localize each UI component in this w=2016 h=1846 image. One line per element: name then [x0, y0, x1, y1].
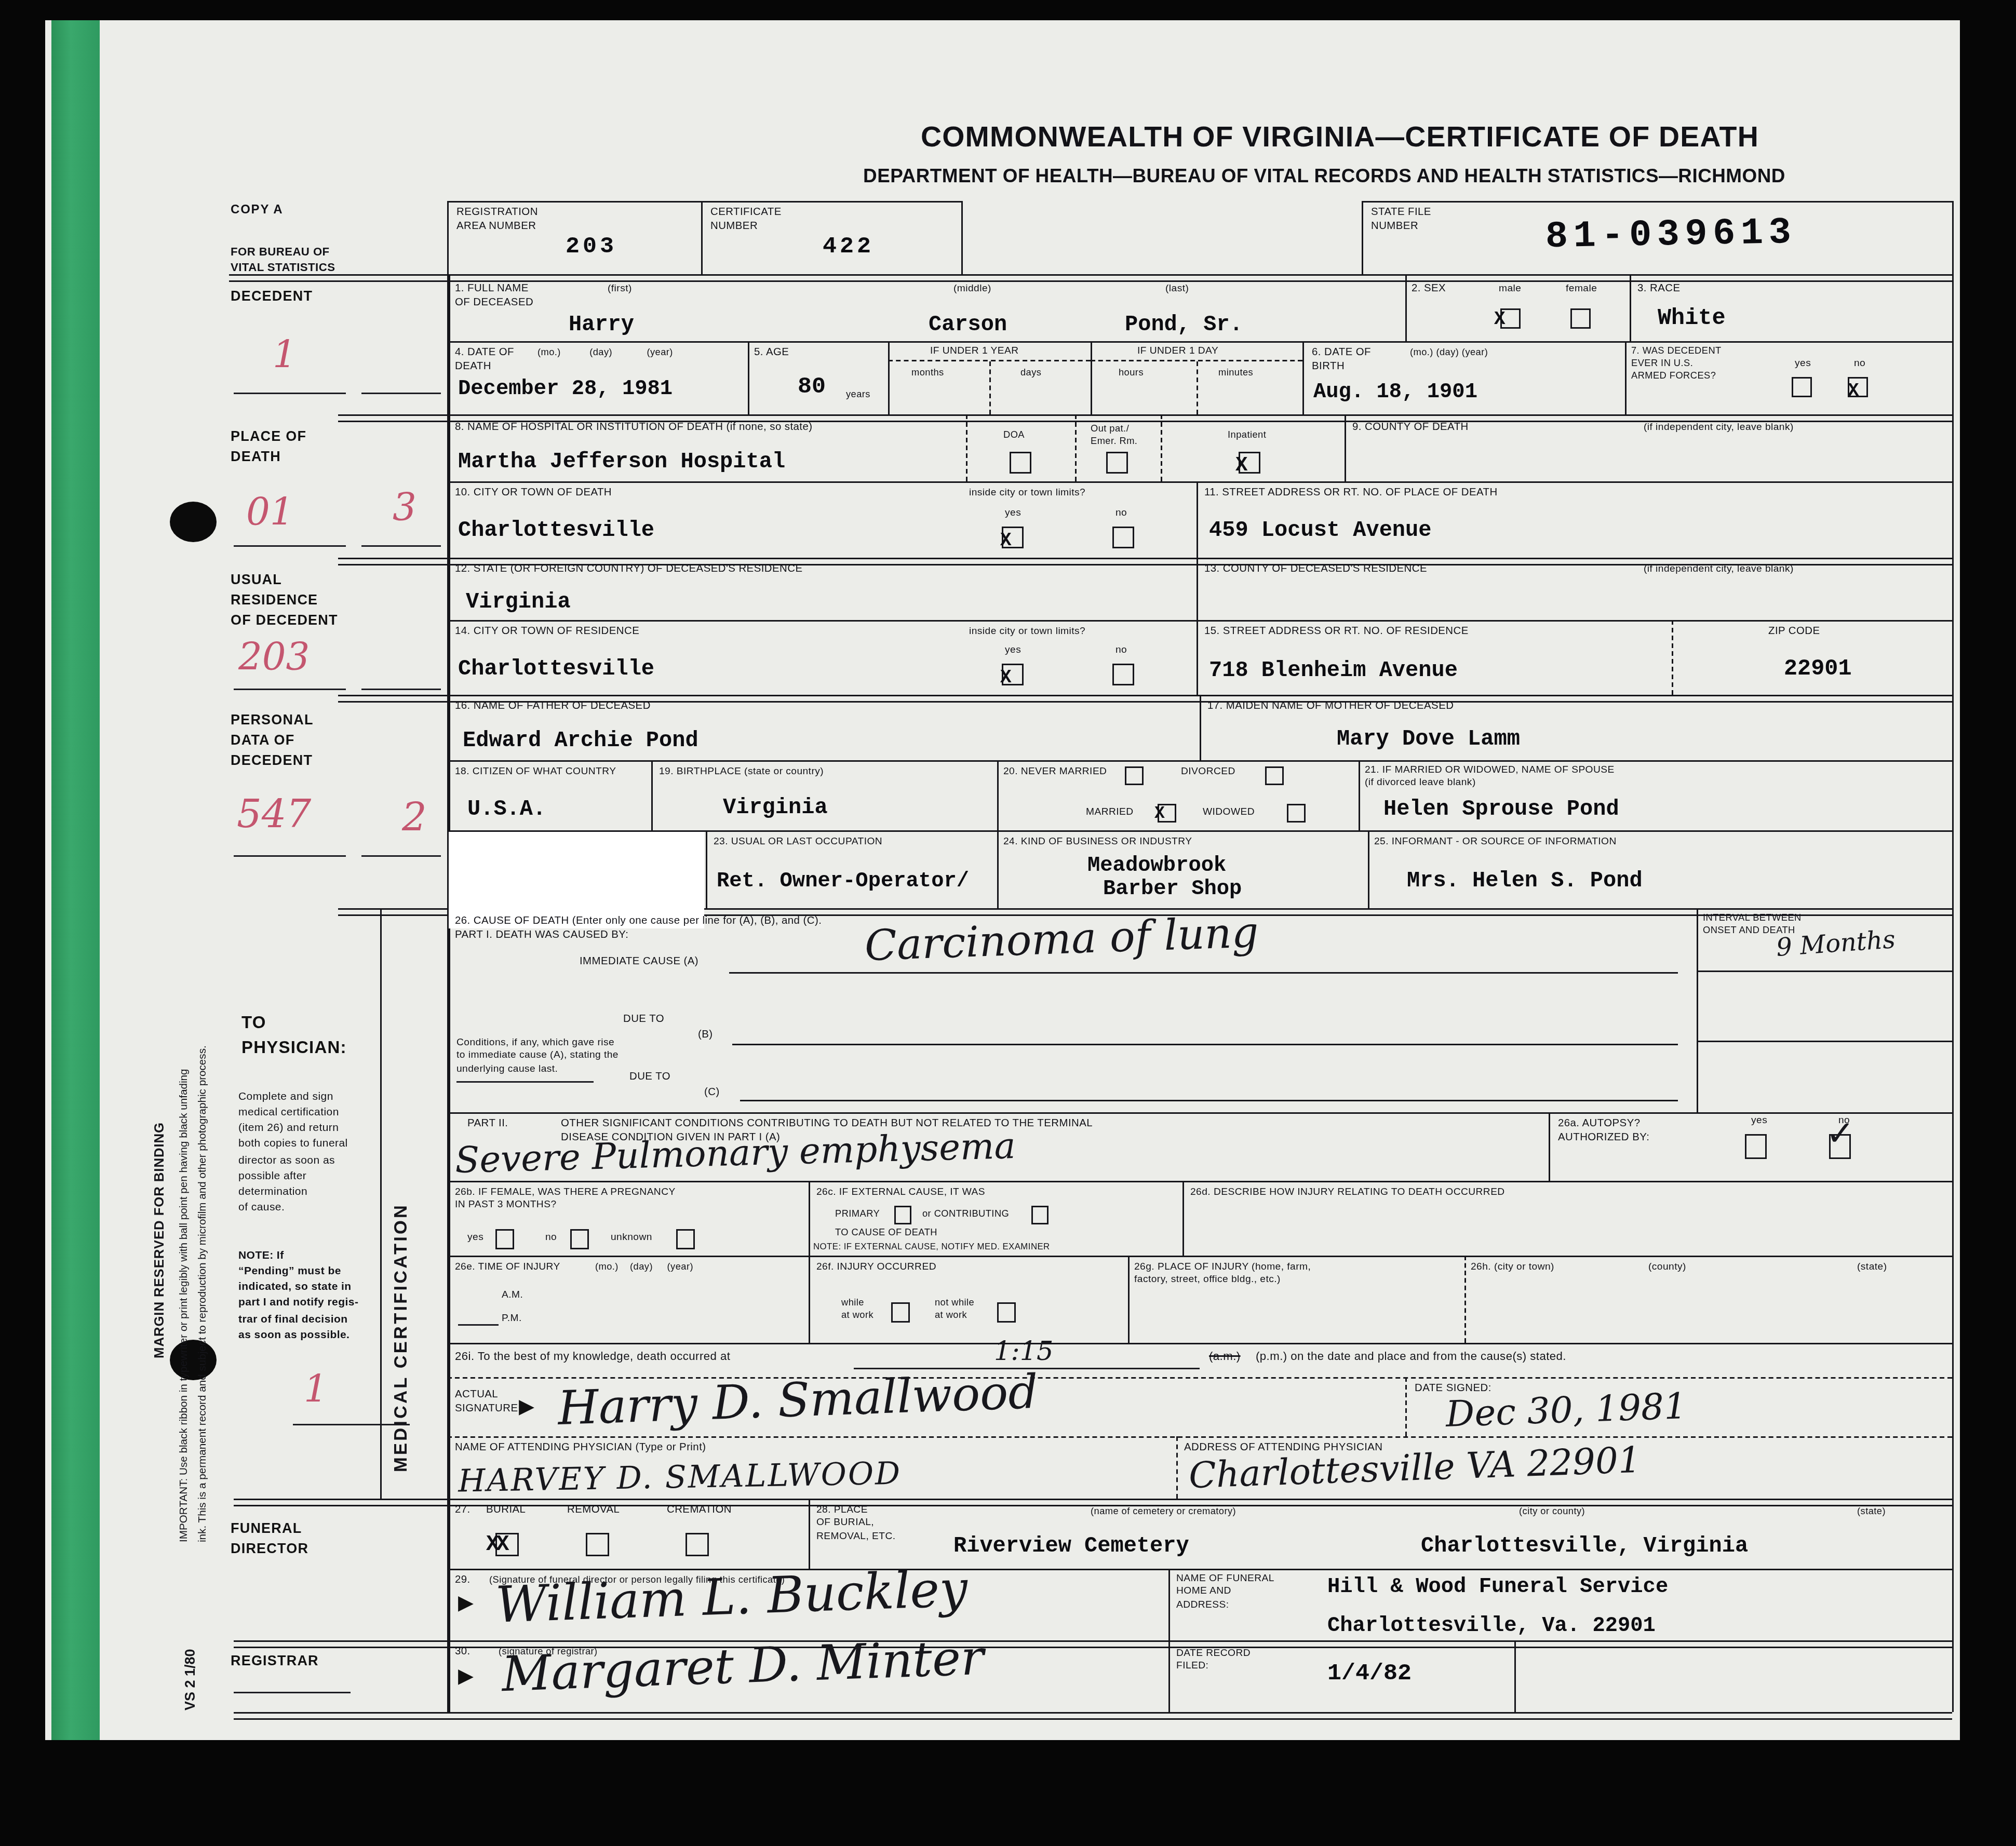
- armed-forces-no-mark: X: [1848, 380, 1859, 402]
- autopsy-label: 26a. AUTOPSY? AUTHORIZED BY:: [1558, 1119, 1649, 1146]
- residence-street-label: 15. STREET ADDRESS OR RT. NO. OF RESIDEN…: [1204, 626, 1469, 640]
- burial-row-number: 27.: [455, 1505, 471, 1518]
- city-of-death-label: 10. CITY OR TOWN OF DEATH: [455, 488, 612, 501]
- death-limits-yes-label: yes: [1005, 508, 1021, 521]
- copy-for-label: FOR BUREAU OF VITAL STATISTICS: [231, 245, 335, 275]
- birthplace-label: 19. BIRTHPLACE (state or country): [659, 766, 824, 779]
- spouse-label: 21. IF MARRIED OR WIDOWED, NAME OF SPOUS…: [1365, 765, 1615, 791]
- date-of-death-units: (mo.) (day) (year): [537, 347, 673, 360]
- removal-checkbox: [586, 1533, 609, 1556]
- widowed-label: WIDOWED: [1203, 807, 1255, 820]
- due-to-c-label: DUE TO: [629, 1072, 670, 1085]
- birthplace-value: Virginia: [723, 796, 828, 821]
- date-of-death-label: 4. DATE OF DEATH: [455, 347, 514, 375]
- time-of-death-value: 1:15: [994, 1337, 1054, 1368]
- business-value-1: Meadowbrook: [1087, 855, 1226, 879]
- funeral-home-address: Charlottesville, Va. 22901: [1327, 1615, 1656, 1639]
- certificate-subtitle: DEPARTMENT OF HEALTH—BUREAU OF VITAL REC…: [686, 165, 1963, 190]
- section-label-funeral-director: FUNERAL DIRECTOR: [231, 1519, 308, 1559]
- due-to-b-label: DUE TO: [623, 1014, 664, 1028]
- section-label-place-of-death: PLACE OF DEATH: [231, 427, 306, 467]
- street-of-death-label: 11. STREET ADDRESS OR RT. NO. OF PLACE O…: [1204, 488, 1498, 501]
- date-of-birth-units: (mo.) (day) (year): [1410, 347, 1488, 360]
- first-name-hint: (first): [608, 284, 632, 297]
- binding-strip: [51, 20, 100, 1740]
- pregnancy-yes-checkbox: [495, 1229, 514, 1249]
- am-strikethrough: (a.m.): [1209, 1349, 1241, 1364]
- residence-limits-label: inside city or town limits?: [969, 626, 1085, 639]
- physician-pending-note: NOTE: If “Pending” must be indicated, so…: [238, 1249, 358, 1344]
- copy-label: COPY A: [231, 203, 284, 219]
- divorced-label: DIVORCED: [1181, 766, 1235, 779]
- middle-name-hint: (middle): [953, 284, 991, 297]
- hospital-label: 8. NAME OF HOSPITAL OR INSTITUTION OF DE…: [455, 422, 813, 436]
- contributing-label: or CONTRIBUTING: [922, 1209, 1009, 1221]
- divorced-checkbox: [1265, 766, 1284, 785]
- occupation-label: 23. USUAL OR LAST OCCUPATION: [714, 837, 882, 850]
- signature-arrow-icon: ▶: [519, 1394, 534, 1419]
- residence-street-value: 718 Blenheim Avenue: [1209, 659, 1458, 684]
- injury-county-label: (county): [1648, 1262, 1686, 1275]
- days-label: days: [1020, 368, 1041, 380]
- autopsy-yes-label: yes: [1751, 1115, 1767, 1128]
- section-label-usual-residence: USUAL RESIDENCE OF DECEDENT: [231, 570, 338, 631]
- funeral-home-label: NAME OF FUNERAL HOME AND ADDRESS:: [1176, 1573, 1274, 1612]
- punch-hole: [170, 1340, 217, 1380]
- occupation-value: Ret. Owner-Operator/: [717, 871, 969, 894]
- contributing-checkbox: [1031, 1206, 1049, 1224]
- primary-checkbox: [894, 1206, 911, 1224]
- full-name-label: 1. FULL NAME OF DECEASED: [455, 284, 533, 311]
- due-to-c-letter: (C): [704, 1087, 720, 1101]
- physician-instructions: Complete and sign medical certification …: [238, 1090, 348, 1217]
- minutes-label: minutes: [1218, 368, 1253, 380]
- funeral-signature-arrow-icon: ▶: [458, 1591, 474, 1615]
- date-filed-label: DATE RECORD FILED:: [1176, 1648, 1251, 1674]
- pregnancy-unknown-label: unknown: [611, 1232, 652, 1245]
- if-under-1-year-label: IF UNDER 1 YEAR: [930, 346, 1018, 359]
- father-name-label: 16. NAME OF FATHER OF DECEASED: [455, 701, 651, 715]
- zip-value: 22901: [1784, 657, 1852, 682]
- red-annotation-personal-2: 2: [402, 794, 427, 840]
- residence-state-value: Virginia: [466, 590, 571, 615]
- cemetery-hint: (name of cemetery or crematory): [1091, 1506, 1236, 1519]
- outpatient-label: Out pat./ Emer. Rm.: [1091, 424, 1137, 449]
- residence-limits-no-label: no: [1115, 645, 1127, 658]
- sex-male-mark: X: [1494, 308, 1506, 330]
- while-at-work-label: while at work: [841, 1298, 873, 1323]
- if-under-1-day-label: IF UNDER 1 DAY: [1137, 346, 1218, 359]
- race-label: 3. RACE: [1637, 284, 1681, 297]
- sex-female-checkbox: [1570, 308, 1591, 329]
- immediate-cause-label: IMMEDIATE CAUSE (A): [580, 956, 698, 970]
- attending-physician-name-label: NAME OF ATTENDING PHYSICIAN (Type or Pri…: [455, 1443, 706, 1456]
- primary-label: PRIMARY: [835, 1209, 880, 1221]
- cause-of-death-label: 26. CAUSE OF DEATH (Enter only one cause…: [455, 916, 822, 944]
- county-of-death-label: 9. COUNTY OF DEATH: [1352, 422, 1469, 436]
- sex-male-label: male: [1499, 284, 1521, 297]
- residence-limits-yes-mark: X: [1000, 667, 1012, 689]
- cremation-checkbox: [686, 1533, 709, 1556]
- residence-limits-yes-label: yes: [1005, 645, 1021, 658]
- street-of-death-value: 459 Locust Avenue: [1209, 519, 1431, 544]
- red-annotation-pod-2: 3: [393, 486, 416, 530]
- time-of-injury-units: (mo.) (day) (year): [595, 1262, 693, 1274]
- registrar-signature-arrow-icon: ▶: [458, 1664, 474, 1689]
- date-of-birth-value: Aug. 18, 1901: [1313, 382, 1477, 405]
- armed-forces-label: 7. WAS DECEDENT EVER IN U.S. ARMED FORCE…: [1631, 346, 1722, 383]
- pm-label: P.M.: [502, 1313, 522, 1326]
- burial-city-hint: (city or county): [1519, 1506, 1585, 1519]
- registration-area-label: REGISTRATION AREA NUMBER: [456, 207, 538, 235]
- city-of-death-value: Charlottesville: [458, 519, 654, 544]
- married-mark: X: [1154, 805, 1165, 824]
- autopsy-yes-checkbox: [1745, 1134, 1767, 1159]
- date-of-birth-label: 6. DATE OF BIRTH: [1312, 347, 1371, 375]
- red-annotation-decedent: 1: [273, 333, 297, 377]
- burial-label: BURIAL: [486, 1505, 526, 1518]
- spouse-value: Helen Sprouse Pond: [1383, 798, 1619, 823]
- medical-certification-vertical-label: MEDICAL CERTIFICATION: [393, 1203, 411, 1472]
- section-label-decedent: DECEDENT: [231, 287, 313, 307]
- time-of-injury-label: 26e. TIME OF INJURY: [455, 1262, 560, 1275]
- pregnancy-no-label: no: [545, 1232, 557, 1245]
- doa-checkbox: [1010, 452, 1031, 474]
- pregnancy-label: 26b. IF FEMALE, WAS THERE A PREGNANCY IN…: [455, 1187, 676, 1213]
- redacted-area: [449, 832, 704, 928]
- outpatient-checkbox: [1106, 452, 1128, 474]
- funeral-home-name: Hill & Wood Funeral Service: [1327, 1576, 1668, 1600]
- date-of-death-value: December 28, 1981: [458, 379, 673, 402]
- citizen-label: 18. CITIZEN OF WHAT COUNTRY: [455, 766, 616, 779]
- last-name-value: Pond, Sr.: [1125, 313, 1243, 338]
- zip-label: ZIP CODE: [1768, 626, 1820, 640]
- red-annotation-bottom: 1: [304, 1368, 328, 1411]
- to-cause-label: TO CAUSE OF DEATH: [835, 1228, 937, 1240]
- county-of-death-hint: (if independent city, leave blank): [1644, 422, 1794, 435]
- death-limits-yes-mark: X: [1000, 530, 1012, 551]
- age-years-label: years: [846, 389, 870, 402]
- burial-state-hint: (state): [1857, 1506, 1886, 1519]
- inpatient-mark: X: [1235, 453, 1247, 477]
- hospital-value: Martha Jefferson Hospital: [458, 450, 785, 475]
- part2-head: PART II.: [467, 1119, 508, 1132]
- never-married-label: 20. NEVER MARRIED: [1003, 766, 1107, 779]
- hours-label: hours: [1119, 368, 1144, 380]
- mother-name-label: 17. MAIDEN NAME OF MOTHER OF DECEASED: [1207, 701, 1454, 715]
- certificate-number-value: 422: [823, 234, 874, 260]
- death-limits-no-checkbox: [1112, 527, 1134, 548]
- scanned-death-certificate: MARGIN RESERVED FOR BINDING IMPORTANT: U…: [0, 0, 2016, 1846]
- death-occurred-text-2: (p.m.) on the date and place and from th…: [1256, 1349, 1566, 1364]
- section-label-to-physician: TO PHYSICIAN:: [241, 1013, 347, 1062]
- section-label-personal-data: PERSONAL DATA OF DECEDENT: [231, 710, 314, 771]
- informant-label: 25. INFORMANT - OR SOURCE OF INFORMATION: [1374, 837, 1617, 850]
- never-married-checkbox: [1125, 766, 1144, 785]
- margin-important-note-2: ink. This is a permanent record and subj…: [198, 1045, 209, 1542]
- armed-forces-yes-checkbox: [1792, 377, 1812, 397]
- residence-county-hint: (if independent city, leave blank): [1644, 564, 1794, 577]
- place-of-injury-label: 26g. PLACE OF INJURY (home, farm, factor…: [1134, 1262, 1311, 1288]
- father-name-value: Edward Archie Pond: [463, 729, 698, 754]
- conditions-note: Conditions, if any, which gave rise to i…: [456, 1037, 619, 1076]
- sex-label: 2. SEX: [1412, 284, 1446, 297]
- while-at-work-checkbox: [891, 1302, 910, 1323]
- death-occurred-text: 26i. To the best of my knowledge, death …: [455, 1349, 730, 1364]
- attending-physician-name-value: HARVEY D. SMALLWOOD: [458, 1454, 902, 1500]
- burial-mark: XX: [486, 1533, 506, 1558]
- injury-city-label: 26h. (city or town): [1471, 1262, 1554, 1275]
- actual-signature-label: ACTUAL SIGNATURE: [455, 1390, 518, 1417]
- form-code: VS 2 1/80: [182, 1649, 198, 1710]
- pregnancy-no-checkbox: [570, 1229, 589, 1249]
- due-to-b-letter: (B): [698, 1030, 713, 1043]
- certificate-title: COMMONWEALTH OF VIRGINIA—CERTIFICATE OF …: [717, 118, 1963, 156]
- place-of-burial-label: 28. PLACE OF BURIAL, REMOVAL, ETC.: [816, 1505, 896, 1544]
- business-value-2: Barber Shop: [1103, 879, 1242, 902]
- date-filed-value: 1/4/82: [1327, 1661, 1412, 1687]
- burial-city-value: Charlottesville, Virginia: [1421, 1534, 1748, 1559]
- citizen-value: U.S.A.: [467, 798, 546, 823]
- section-label-registrar: REGISTRAR: [231, 1651, 319, 1672]
- punch-hole: [170, 502, 217, 542]
- registrar-signature-number: 30.: [455, 1647, 471, 1660]
- residence-county-label: 13. COUNTY OF DECEASED'S RESIDENCE: [1204, 564, 1427, 577]
- autopsy-no-mark: ✓: [1826, 1115, 1854, 1154]
- registration-area-value: 203: [566, 234, 617, 260]
- margin-important-note-1: IMPORTANT: Use black ribbon in typewrite…: [179, 1069, 190, 1542]
- doa-label: DOA: [1003, 430, 1025, 442]
- death-limits-no-label: no: [1115, 508, 1127, 521]
- married-label: MARRIED: [1086, 807, 1134, 820]
- removal-label: REMOVAL: [567, 1505, 620, 1518]
- injury-state-label: (state): [1857, 1262, 1887, 1275]
- funeral-signature-number: 29.: [455, 1575, 471, 1588]
- armed-forces-no-label: no: [1854, 358, 1865, 371]
- residence-city-label: 14. CITY OR TOWN OF RESIDENCE: [455, 626, 639, 640]
- last-name-hint: (last): [1165, 284, 1189, 297]
- residence-limits-no-checkbox: [1112, 664, 1134, 685]
- residence-city-value: Charlottesville: [458, 657, 654, 682]
- middle-name-value: Carson: [929, 313, 1007, 338]
- business-label: 24. KIND OF BUSINESS OR INDUSTRY: [1003, 837, 1192, 850]
- cremation-label: CREMATION: [667, 1505, 732, 1518]
- date-signed-value: Dec 30, 1981: [1445, 1387, 1687, 1436]
- red-annotation-pod-1: 01: [246, 491, 294, 534]
- state-file-number-value: 81-039613: [1545, 213, 1797, 259]
- residence-state-label: 12. STATE (OR FOREIGN COUNTRY) OF DECEAS…: [455, 564, 802, 577]
- age-value: 80: [798, 374, 826, 400]
- am-label: A.M.: [502, 1290, 523, 1303]
- death-city-limits-label: inside city or town limits?: [969, 488, 1085, 501]
- external-cause-note: NOTE: IF EXTERNAL CAUSE, NOTIFY MED. EXA…: [813, 1243, 1050, 1255]
- mother-name-value: Mary Dove Lamm: [1337, 727, 1520, 752]
- injury-occurred-label: 26f. INJURY OCCURRED: [816, 1262, 936, 1275]
- sex-female-label: female: [1566, 284, 1597, 297]
- inpatient-label: Inpatient: [1228, 430, 1266, 442]
- state-file-number-label: STATE FILE NUMBER: [1371, 207, 1431, 235]
- cemetery-value: Riverview Cemetery: [953, 1534, 1189, 1559]
- describe-injury-label: 26d. DESCRIBE HOW INJURY RELATING TO DEA…: [1190, 1187, 1505, 1200]
- external-cause-label: 26c. IF EXTERNAL CAUSE, IT WAS: [816, 1187, 985, 1200]
- race-value: White: [1658, 307, 1726, 332]
- widowed-checkbox: [1287, 804, 1306, 823]
- age-label: 5. AGE: [754, 347, 789, 361]
- months-label: months: [911, 368, 944, 380]
- armed-forces-yes-label: yes: [1795, 358, 1811, 371]
- red-annotation-personal-1: 547: [237, 791, 311, 837]
- pregnancy-yes-label: yes: [467, 1232, 483, 1245]
- first-name-value: Harry: [569, 313, 634, 338]
- margin-binding-note: MARGIN RESERVED FOR BINDING: [151, 1122, 167, 1358]
- not-while-at-work-label: not while at work: [935, 1298, 974, 1323]
- red-annotation-residence: 203: [238, 636, 310, 679]
- informant-value: Mrs. Helen S. Pond: [1407, 869, 1643, 894]
- certificate-number-label: CERTIFICATE NUMBER: [710, 207, 782, 235]
- not-while-at-work-checkbox: [997, 1302, 1016, 1323]
- pregnancy-unknown-checkbox: [676, 1229, 695, 1249]
